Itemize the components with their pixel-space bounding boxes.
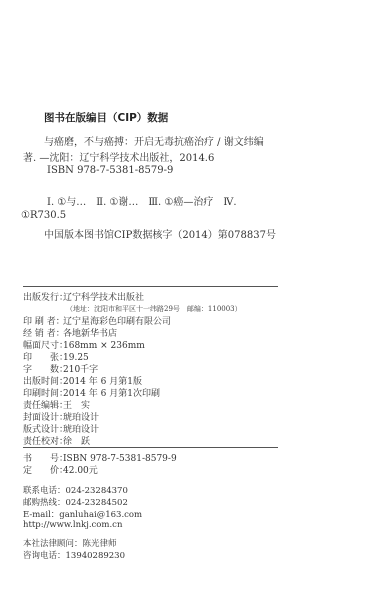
cip-classification: Ⅰ. ①与… Ⅱ. ①谢… Ⅲ. ①癌—治疗 Ⅳ.	[47, 193, 237, 208]
proofreader-row: 责任校对：徐 跃	[23, 434, 90, 447]
cip-classification-2: ①R730.5	[21, 210, 66, 221]
cip-title: 图书在版编目（CIP）数据	[44, 110, 168, 125]
cip-line-1: 与癌磨，不与癌搏：开启无毒抗癌治疗 / 谢文纬编	[44, 133, 264, 148]
website: http://www.lnkj.com.cn	[23, 520, 122, 530]
cip-line-2: 著. —沈阳：辽宁科学技术出版社，2014.6	[23, 149, 214, 164]
price-row: 定 价：42.00元	[23, 463, 98, 476]
mail-order-phone: 邮购热线：024-23284502	[23, 496, 128, 508]
contact-email: E-mail：ganluhai@163.com	[23, 508, 142, 520]
divider-bottom	[23, 447, 278, 448]
consult-phone: 咨询电话：13940289230	[23, 549, 125, 561]
divider-top	[23, 286, 278, 287]
cip-number: 中国版本图书馆CIP数据核字（2014）第078837号	[44, 226, 276, 241]
publisher-address: （地址：沈阳市和平区十一纬路29号 邮编：110003）	[66, 304, 242, 314]
cip-isbn: ISBN 978-7-5381-8579-9	[47, 165, 173, 176]
legal-counsel: 本社法律顾问：陈光律师	[23, 537, 117, 549]
publisher-row: 出版发行：辽宁科学技术出版社	[23, 290, 144, 303]
contact-phone: 联系电话：024-23284370	[23, 484, 128, 496]
